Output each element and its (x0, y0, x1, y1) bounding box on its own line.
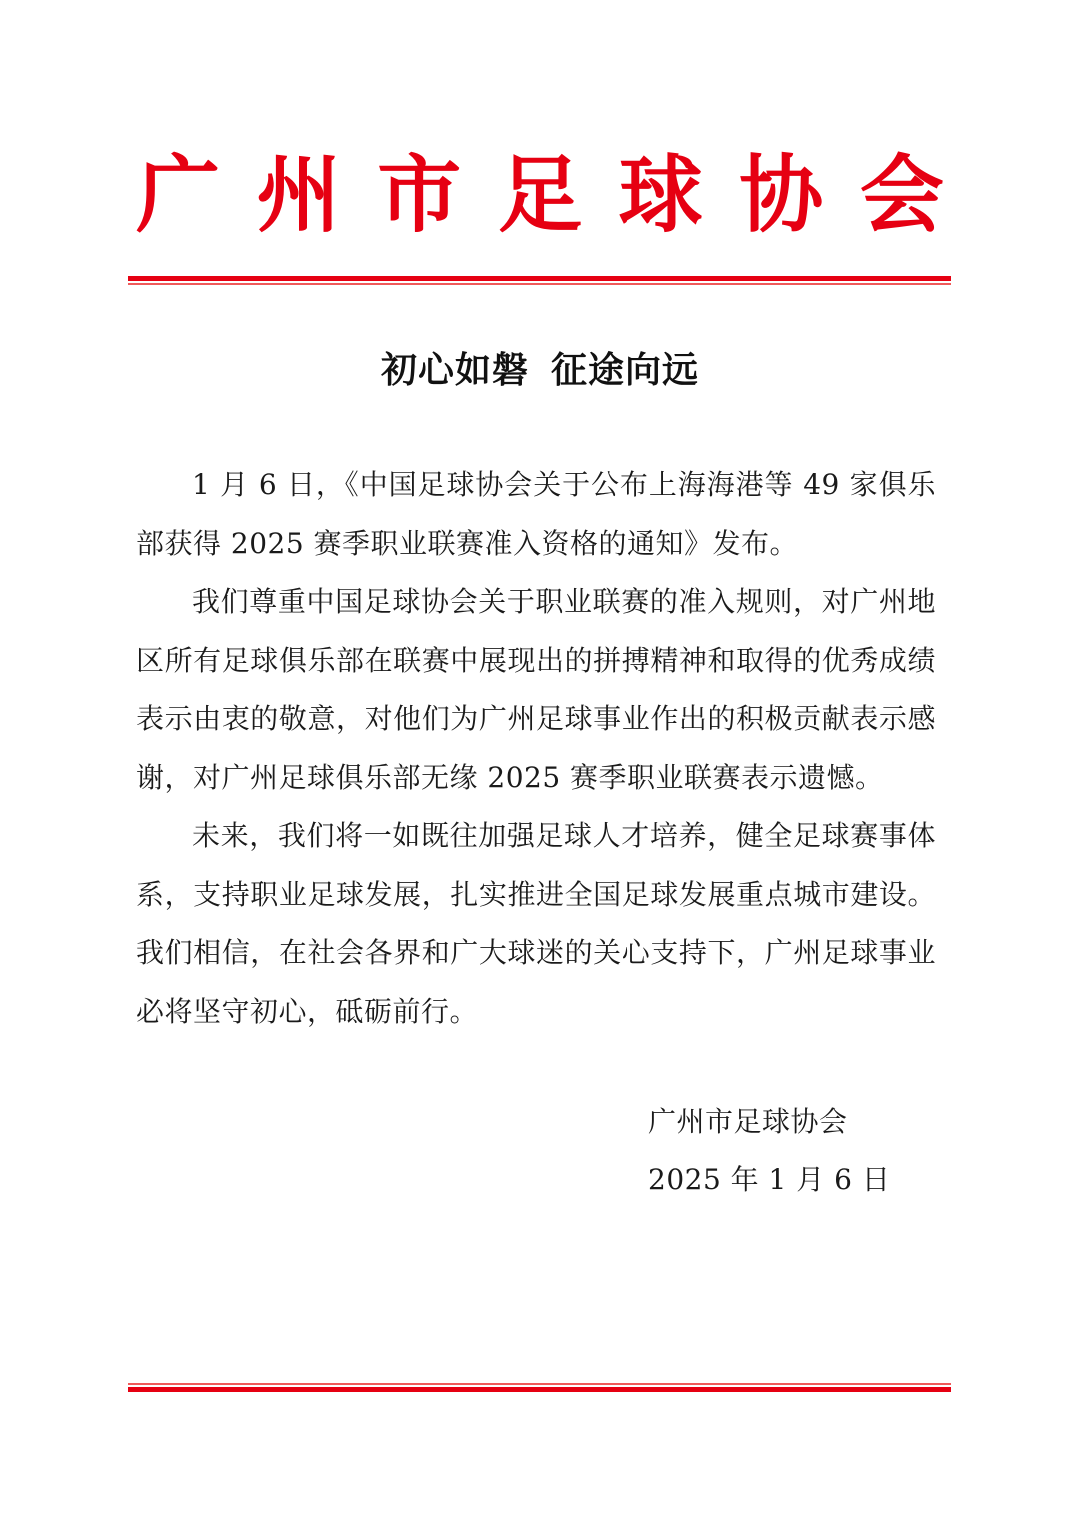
masthead-char: 足 (492, 153, 588, 237)
footer-divider-thick (128, 1387, 951, 1392)
signature-organization: 广州市足球协会 (648, 1093, 890, 1151)
title-part-2: 征途向远 (551, 349, 699, 391)
masthead-char: 会 (854, 153, 950, 237)
paragraph: 1 月 6 日，《中国足球协会关于公布上海海港等 49 家俱乐部获得 2025 … (136, 456, 936, 573)
title-part-1: 初心如磐 (381, 349, 529, 391)
paragraph: 未来，我们将一如既往加强足球人才培养，健全足球赛事体系，支持职业足球发展，扎实推… (136, 807, 936, 1041)
header-divider-thin (128, 283, 951, 285)
document-title: 初心如磐征途向远 (0, 342, 1080, 393)
signature-date: 2025 年 1 月 6 日 (648, 1151, 890, 1209)
header-divider-thick (128, 276, 951, 281)
masthead-title: 广 州 市 足 球 协 会 (130, 140, 950, 250)
header-divider (128, 276, 951, 286)
footer-divider-thin (128, 1383, 951, 1385)
footer-divider (128, 1383, 951, 1393)
document-body: 1 月 6 日，《中国足球协会关于公布上海海港等 49 家俱乐部获得 2025 … (136, 456, 936, 1041)
masthead-char: 协 (733, 153, 829, 237)
signature-block: 广州市足球协会 2025 年 1 月 6 日 (648, 1093, 890, 1209)
masthead-char: 球 (613, 153, 709, 237)
masthead-char: 州 (251, 153, 347, 237)
masthead-char: 市 (371, 153, 467, 237)
paragraph: 我们尊重中国足球协会关于职业联赛的准入规则，对广州地区所有足球俱乐部在联赛中展现… (136, 573, 936, 807)
masthead-char: 广 (130, 153, 226, 237)
